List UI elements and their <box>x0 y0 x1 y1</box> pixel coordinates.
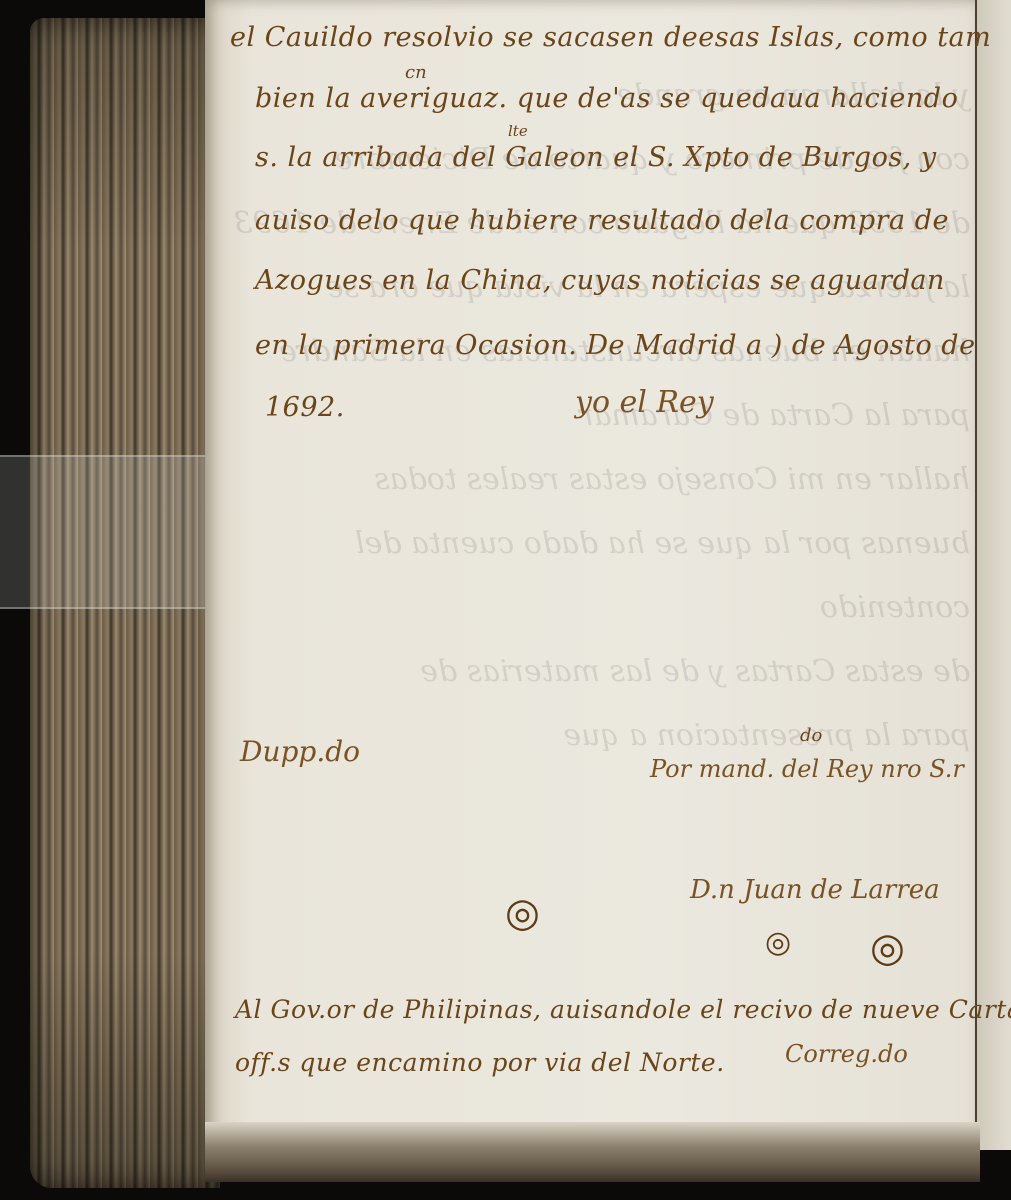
rubric-flourish-2: ◎ <box>765 925 791 960</box>
secretary-signature: D.n Juan de Larrea <box>690 875 940 905</box>
page-bottom-edge <box>205 1122 980 1182</box>
text-line-1: el Cauildo resolvio se sacasen deesas Is… <box>230 22 991 53</box>
rubric-flourish-3: ◎ <box>870 925 905 971</box>
countersign-superscript: do <box>800 725 822 746</box>
superscript-cn: cn <box>405 62 427 83</box>
royal-signature: yo el Rey <box>575 385 714 420</box>
left-signature-dupp: Dupp.do <box>240 735 360 768</box>
text-line-6: en la primera Ocasion. De Madrid a ) de … <box>255 330 976 361</box>
text-line-5: Azogues en la China, cuyas noticias se a… <box>255 265 945 296</box>
facing-page-edge <box>975 0 1011 1150</box>
superscript-lte: lte <box>508 122 528 140</box>
text-line-4: auiso delo que hubiere resultado dela co… <box>255 205 949 236</box>
countersign-line: Por mand. del Rey nro S.r <box>650 755 964 783</box>
date-year: 1692. <box>265 392 345 423</box>
corrected-note: Correg.do <box>785 1040 908 1068</box>
address-line-1: Al Gov.or de Philipinas, auisandole el r… <box>235 995 1011 1024</box>
text-line-2: bien la averiguaz. que de'as se quedaua … <box>255 83 958 114</box>
address-line-2: off.s que encamino por via del Norte. <box>235 1048 725 1077</box>
text-line-3: s. la arribada del Galeon el S. Xpto de … <box>255 142 937 173</box>
rubric-flourish-1: ◎ <box>505 890 540 936</box>
